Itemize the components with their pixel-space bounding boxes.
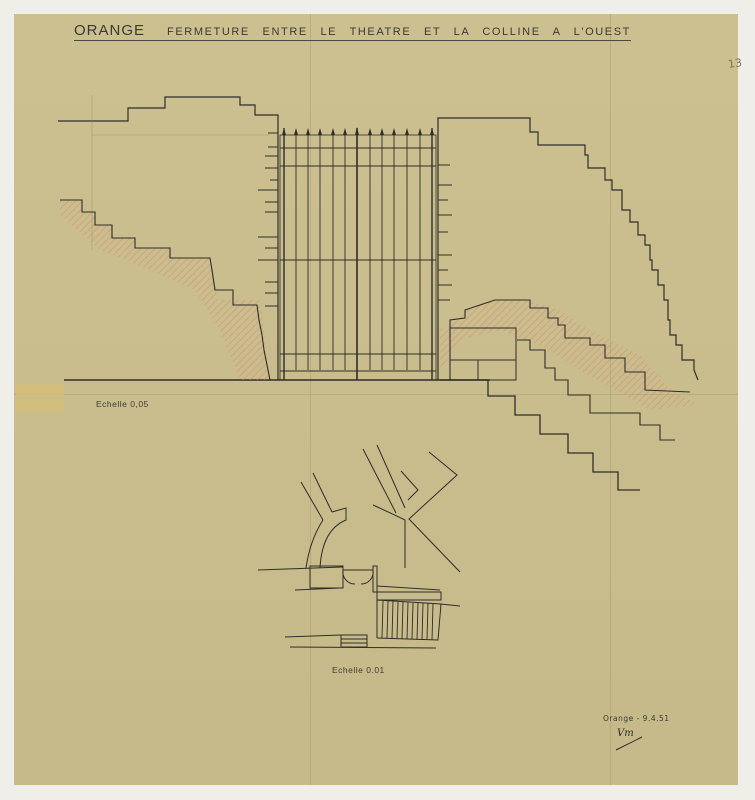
place-date-annotation: Orange - 9.4.51 xyxy=(603,714,670,723)
elevation-scale-label: Echelle 0,05 xyxy=(96,399,149,409)
signature: Vm xyxy=(617,728,634,739)
plan-scale-label: Echelle 0.01 xyxy=(332,665,385,675)
